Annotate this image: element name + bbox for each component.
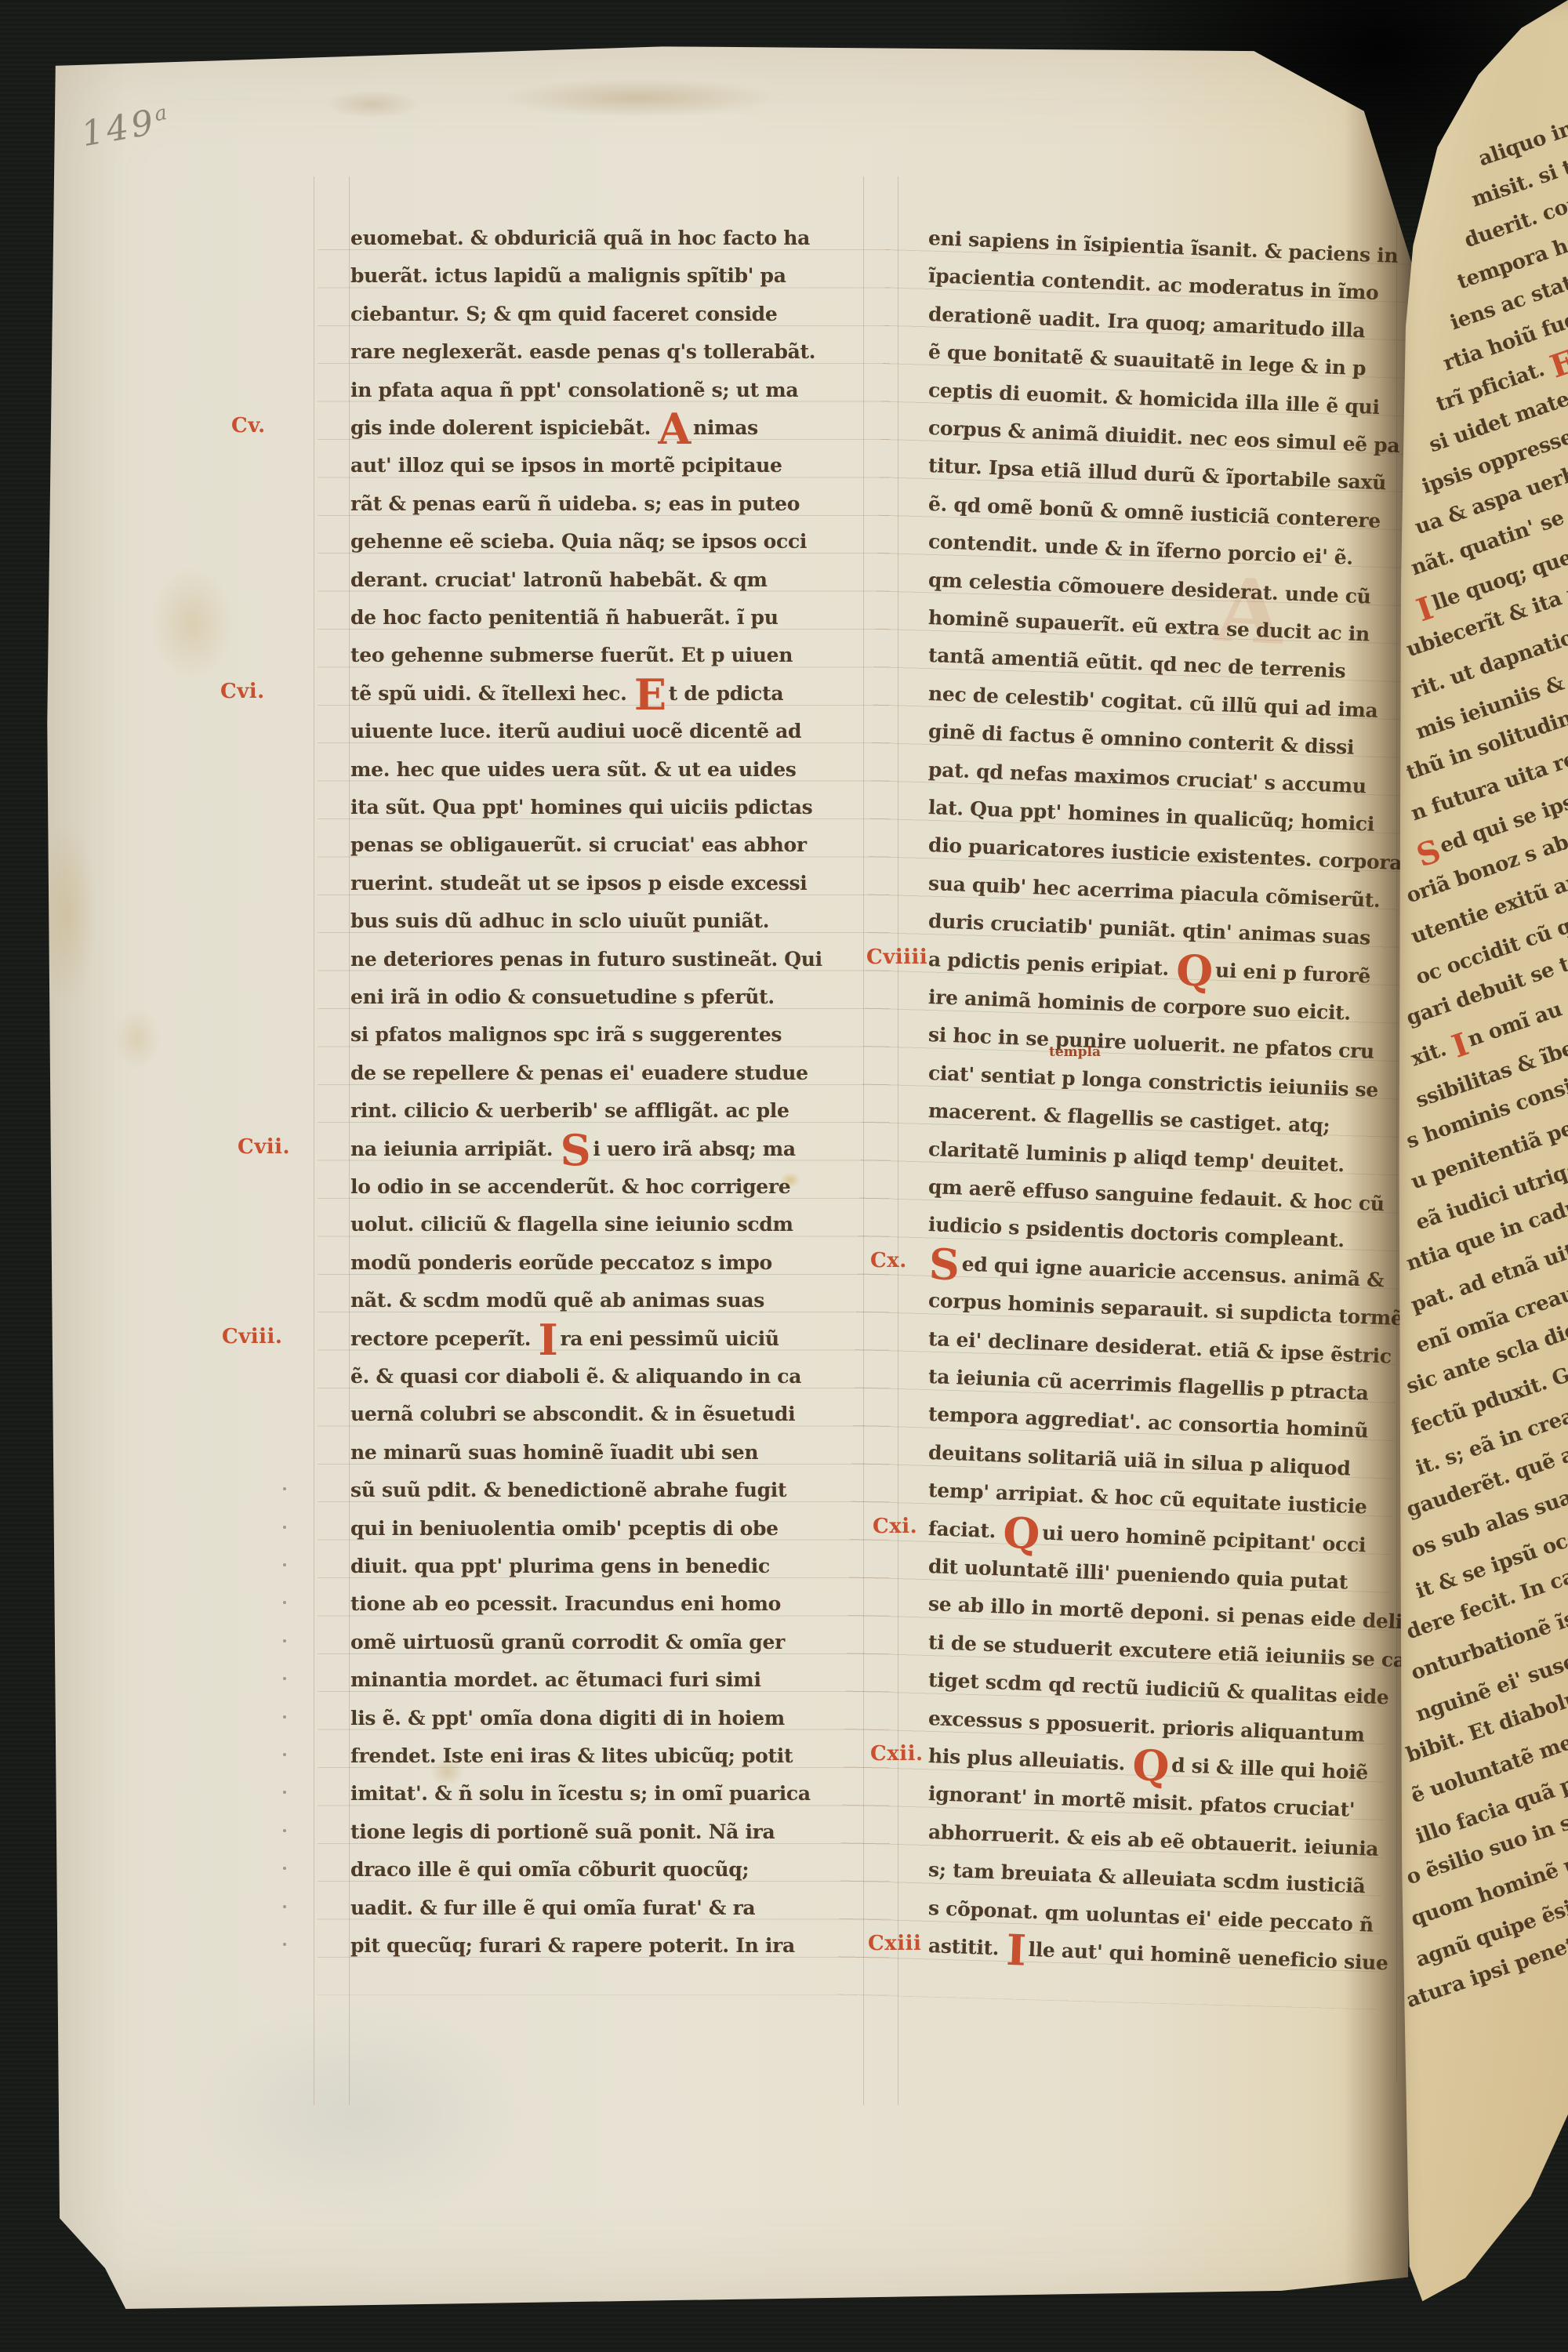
line-text: i uero irã absq; ma [593, 1138, 796, 1160]
line-text: ita sũt. Qua ppt' homines qui uiciis pdi… [350, 796, 812, 818]
line-text: draco ille ẽ qui omĩa cõburit quocũq; [350, 1858, 749, 1881]
line-text: ruerint. studeãt ut se ipsos p eisde exc… [350, 872, 807, 895]
text-line: ruerint. studeãt ut se ipsos p eisde exc… [350, 865, 872, 902]
rubric-initial: I [539, 1315, 558, 1365]
line-text: xit. [1408, 1036, 1456, 1072]
pricking-dot [283, 1715, 286, 1719]
text-line: ne deteriores penas in futuro sustineãt.… [350, 941, 872, 978]
pricking-dot [283, 1487, 286, 1490]
line-text: eni irã in odio & consuetudine s pferũt. [350, 985, 775, 1008]
text-line: uadit. & fur ille ẽ qui omĩa furat' & ra [350, 1889, 872, 1927]
pricking-dot [283, 1639, 286, 1642]
line-text: aliquo in sine emissione sang [1475, 42, 1568, 172]
line-text: in pfata aqua ñ ppt' consolationẽ s; ut … [350, 379, 798, 401]
pricking-dot [283, 1905, 286, 1908]
rubric-initial: A [658, 404, 691, 454]
text-line: euomebat. & obduriciã quã in hoc facto h… [350, 220, 872, 257]
text-line: tione legis di portionẽ suã ponit. Nã ir… [350, 1813, 872, 1851]
line-text: me. hec que uides uera sũt. & ut ea uide… [350, 758, 797, 781]
chapter-numeral: Cviii. [222, 1325, 282, 1348]
pricking-dot [283, 1943, 286, 1946]
chapter-numeral: Cx. [870, 1249, 907, 1272]
line-text: ne minarũ suas hominẽ ĩuadit ubi sen [350, 1441, 758, 1464]
line-text: ui uero hominẽ pcipitant' occi [1042, 1521, 1367, 1556]
line-text: gis inde dolerent ispiciebãt. [350, 416, 657, 439]
line-text: tione legis di portionẽ suã ponit. Nã ir… [350, 1820, 775, 1843]
text-line: rãt & penas earũ ñ uideba. s; eas in put… [350, 485, 872, 523]
line-text: rectore pceperĩt. [350, 1327, 538, 1350]
stain [325, 90, 419, 118]
line-text: tẽ spũ uidi. & ĩtellexi hec. [350, 682, 633, 705]
line-text: rãt & penas earũ ñ uideba. s; eas in put… [350, 492, 800, 515]
line-text: rare neglexerãt. easde penas q's tollera… [350, 340, 815, 363]
text-line: me. hec que uides uera sũt. & ut ea uide… [350, 751, 872, 789]
line-text: d si & ille qui hoiẽ [1171, 1754, 1369, 1784]
rubric-initial: I [1005, 1925, 1026, 1976]
text-line: uiuente luce. iterũ audiui uocẽ dicentẽ … [350, 713, 872, 750]
folio-number-value: 149 [78, 102, 159, 154]
chapter-numeral: Cxii. [870, 1742, 924, 1766]
text-line: qui in beniuolentia omib' pceptis di obe [350, 1510, 872, 1548]
line-text: lle aut' qui hominẽ ueneficio siue [1028, 1938, 1388, 1975]
line-text: penas se obligauerũt. si cruciat' eas ab… [350, 833, 807, 856]
line-text: a pdictis penis eripiat. [928, 948, 1176, 980]
line-text: macerent. & flagellis se castiget. atq; [928, 1099, 1330, 1138]
text-line: modũ ponderis eorũde peccatoz s impo [350, 1244, 872, 1282]
line-text: frendet. Iste eni iras & lites ubicũq; p… [350, 1744, 793, 1767]
text-line: na ieiunia arripiãt. Si uero irã absq; m… [350, 1131, 872, 1168]
line-text: gehenne eẽ scieba. Quia nãq; se ipsos oc… [350, 530, 807, 553]
line-text: na ieiunia arripiãt. [350, 1138, 560, 1160]
pricking-dot [283, 1526, 286, 1529]
line-text: uernã colubri se abscondit. & in ẽsuetud… [350, 1403, 795, 1425]
text-line: draco ille ẽ qui omĩa cõburit quocũq; [350, 1851, 872, 1889]
line-text: minantia mordet. ac ẽtumaci furi simi [350, 1668, 761, 1691]
text-line: ẽ. & quasi cor diaboli ẽ. & aliquando in… [350, 1358, 872, 1396]
line-text: ui eni p furorẽ [1214, 959, 1370, 988]
line-text: teo gehenne submerse fuerũt. Et p uiuen [350, 644, 793, 666]
line-text: euomebat. & obduriciã quã in hoc facto h… [350, 227, 810, 249]
line-text: tione ab eo pcessit. Iracundus eni homo [350, 1592, 781, 1615]
text-line: frendet. Iste eni iras & lites ubicũq; p… [350, 1737, 872, 1775]
text-line: ne minarũ suas hominẽ ĩuadit ubi sen [350, 1434, 872, 1472]
pricking-dot [283, 1867, 286, 1870]
text-line: lis ẽ. & ppt' omĩa dona digiti di in hoi… [350, 1700, 872, 1737]
text-line: sũ suũ pdit. & benedictionẽ abrahe fugit [350, 1472, 872, 1509]
line-text: nãt. & scdm modũ quẽ ab animas suas [350, 1289, 764, 1312]
line-text: uiuente luce. iterũ audiui uocẽ dicentẽ … [350, 720, 801, 742]
pricking-dot [283, 1753, 286, 1756]
line-text: uolut. ciliciũ & flagella sine ieiunio s… [350, 1213, 793, 1236]
text-line: teo gehenne submerse fuerũt. Et p uiuen [350, 637, 872, 674]
text-line: de se repellere & penas ei' euadere stud… [350, 1054, 872, 1092]
facing-page-edge: aliquo in sine emissione sangmisit. si t… [1381, 0, 1568, 2336]
text-line: eni irã in odio & consuetudine s pferũt. [350, 978, 872, 1016]
pricking-dot [283, 1601, 286, 1604]
line-text: lis ẽ. & ppt' omĩa dona digiti di in hoi… [350, 1707, 785, 1730]
stain [149, 564, 235, 682]
text-line: ita sũt. Qua ppt' homines qui uiciis pdi… [350, 789, 872, 826]
text-line: gis inde dolerent ispiciebãt. Animas [350, 409, 872, 447]
line-text: diuit. qua ppt' plurima gens in benedic [350, 1555, 770, 1577]
line-text: ciebantur. S; & qm quid faceret conside [350, 303, 777, 325]
text-line: de hoc facto penitentiã ñ habuerãt. ĩ pu [350, 599, 872, 637]
text-line: rare neglexerãt. easde penas q's tollera… [350, 333, 872, 371]
text-line: tione ab eo pcessit. Iracundus eni homo [350, 1585, 872, 1623]
text-line: pit quecũq; furari & rapere poterit. In … [350, 1927, 872, 1965]
interlinear-gloss: templa [1049, 1044, 1101, 1060]
line-text: buerãt. ictus lapidũ a malignis spĩtib' … [350, 264, 786, 287]
rubric-initial: S [561, 1125, 591, 1175]
folio-number-suffix: a [153, 100, 172, 126]
pricking-dot [283, 1791, 286, 1794]
text-line: omẽ uirtuosũ granũ corrodit & omĩa ger [350, 1624, 872, 1661]
text-line: si pfatos malignos spc irã s suggerentes [350, 1016, 872, 1054]
chapter-numeral: Cxiii [868, 1932, 921, 1955]
text-line: rectore pceperĩt. Ira eni pessimũ uiciũ [350, 1320, 872, 1358]
ruling-line [314, 176, 314, 2105]
line-text: pit quecũq; furari & rapere poterit. In … [350, 1934, 795, 1957]
pricking-dot [283, 1677, 286, 1680]
line-text: bus suis dũ adhuc in sclo uiuũt puniãt. [350, 909, 769, 932]
text-line: uolut. ciliciũ & flagella sine ieiunio s… [350, 1206, 872, 1243]
line-text: his plus alleuiatis. [928, 1744, 1133, 1775]
stain [184, 2003, 529, 2223]
line-text: astitit. [928, 1934, 1007, 1960]
ruling-line [898, 176, 898, 2105]
stain [35, 819, 98, 1007]
text-line: bus suis dũ adhuc in sclo uiuũt puniãt. [350, 902, 872, 940]
text-line: in pfata aqua ñ ppt' consolationẽ s; ut … [350, 372, 872, 409]
pricking-dot [283, 1829, 286, 1832]
line-text: qui in beniuolentia omib' pceptis di obe [350, 1517, 779, 1540]
line-text: ne deteriores penas in futuro sustineãt.… [350, 948, 822, 971]
line-text: lo odio in se accenderũt. & hoc corriger… [350, 1175, 790, 1198]
line-text: omẽ uirtuosũ granũ corrodit & omĩa ger [350, 1631, 785, 1653]
text-line: penas se obligauerũt. si cruciat' eas ab… [350, 826, 872, 864]
chapter-numeral: Cvi. [220, 680, 265, 703]
chapter-numeral: Cvii. [238, 1135, 290, 1159]
line-text: modũ ponderis eorũde peccatoz s impo [350, 1251, 772, 1274]
line-text: de se repellere & penas ei' euadere stud… [350, 1062, 808, 1084]
line-text: uadit. & fur ille ẽ qui omĩa furat' & ra [350, 1896, 755, 1919]
line-text: rint. cilicio & uerberib' se affligãt. a… [350, 1099, 789, 1122]
facing-page-text-line: aliquo in sine emissione sang [1475, 42, 1568, 172]
line-text: ra eni pessimũ uiciũ [561, 1327, 779, 1350]
text-line: rint. cilicio & uerberib' se affligãt. a… [350, 1092, 872, 1130]
text-line: imitat'. & ñ solu in ĩcestu s; in omĩ pu… [350, 1775, 872, 1813]
text-line: nãt. & scdm modũ quẽ ab animas suas [350, 1282, 872, 1319]
line-text: aut' illoz qui se ipsos in mortẽ pcipita… [350, 454, 782, 477]
line-text: nimas [693, 416, 758, 439]
manuscript-photograph: 149a A euomebat. & obduriciã quã in hoc … [0, 0, 1568, 2352]
stain [498, 78, 780, 118]
text-line: derant. cruciat' latronũ habebãt. & qm [350, 561, 872, 599]
line-text: faciat. [928, 1517, 1003, 1543]
text-line: uernã colubri se abscondit. & in ẽsuetud… [350, 1396, 872, 1433]
stain [114, 1007, 161, 1070]
ruling-line [349, 176, 350, 2105]
line-text: de hoc facto penitentiã ñ habuerãt. ĩ pu [350, 606, 779, 629]
manuscript-page-verso: 149a A euomebat. & obduriciã quã in hoc … [43, 43, 1419, 2309]
chapter-numeral: Cxi. [873, 1515, 917, 1538]
line-text: ẽ. & quasi cor diaboli ẽ. & aliquando in… [350, 1365, 801, 1388]
text-line: tẽ spũ uidi. & ĩtellexi hec. Et de pdict… [350, 675, 872, 713]
chapter-numeral: Cv. [231, 414, 266, 437]
line-text: derant. cruciat' latronũ habebãt. & qm [350, 568, 768, 591]
folio-number: 149a [78, 100, 175, 154]
text-line: minantia mordet. ac ẽtumaci furi simi [350, 1661, 872, 1699]
rubric-initial: E [634, 670, 666, 720]
line-text: t de pdicta [669, 682, 783, 705]
pricking-dot [283, 1563, 286, 1566]
text-line: diuit. qua ppt' plurima gens in benedic [350, 1548, 872, 1585]
text-line: gehenne eẽ scieba. Quia nãq; se ipsos oc… [350, 523, 872, 561]
text-line: aut' illoz qui se ipsos in mortẽ pcipita… [350, 447, 872, 485]
text-line: lo odio in se accenderũt. & hoc corriger… [350, 1168, 872, 1206]
text-line: ciebantur. S; & qm quid faceret conside [350, 296, 872, 333]
line-text: imitat'. & ñ solu in ĩcestu s; in omĩ pu… [350, 1782, 811, 1805]
line-text: sũ suũ pdit. & benedictionẽ abrahe fugit [350, 1479, 786, 1501]
text-line: buerãt. ictus lapidũ a malignis spĩtib' … [350, 257, 872, 295]
line-text: si pfatos malignos spc irã s suggerentes [350, 1023, 782, 1046]
chapter-numeral: Cviiii [866, 946, 927, 969]
